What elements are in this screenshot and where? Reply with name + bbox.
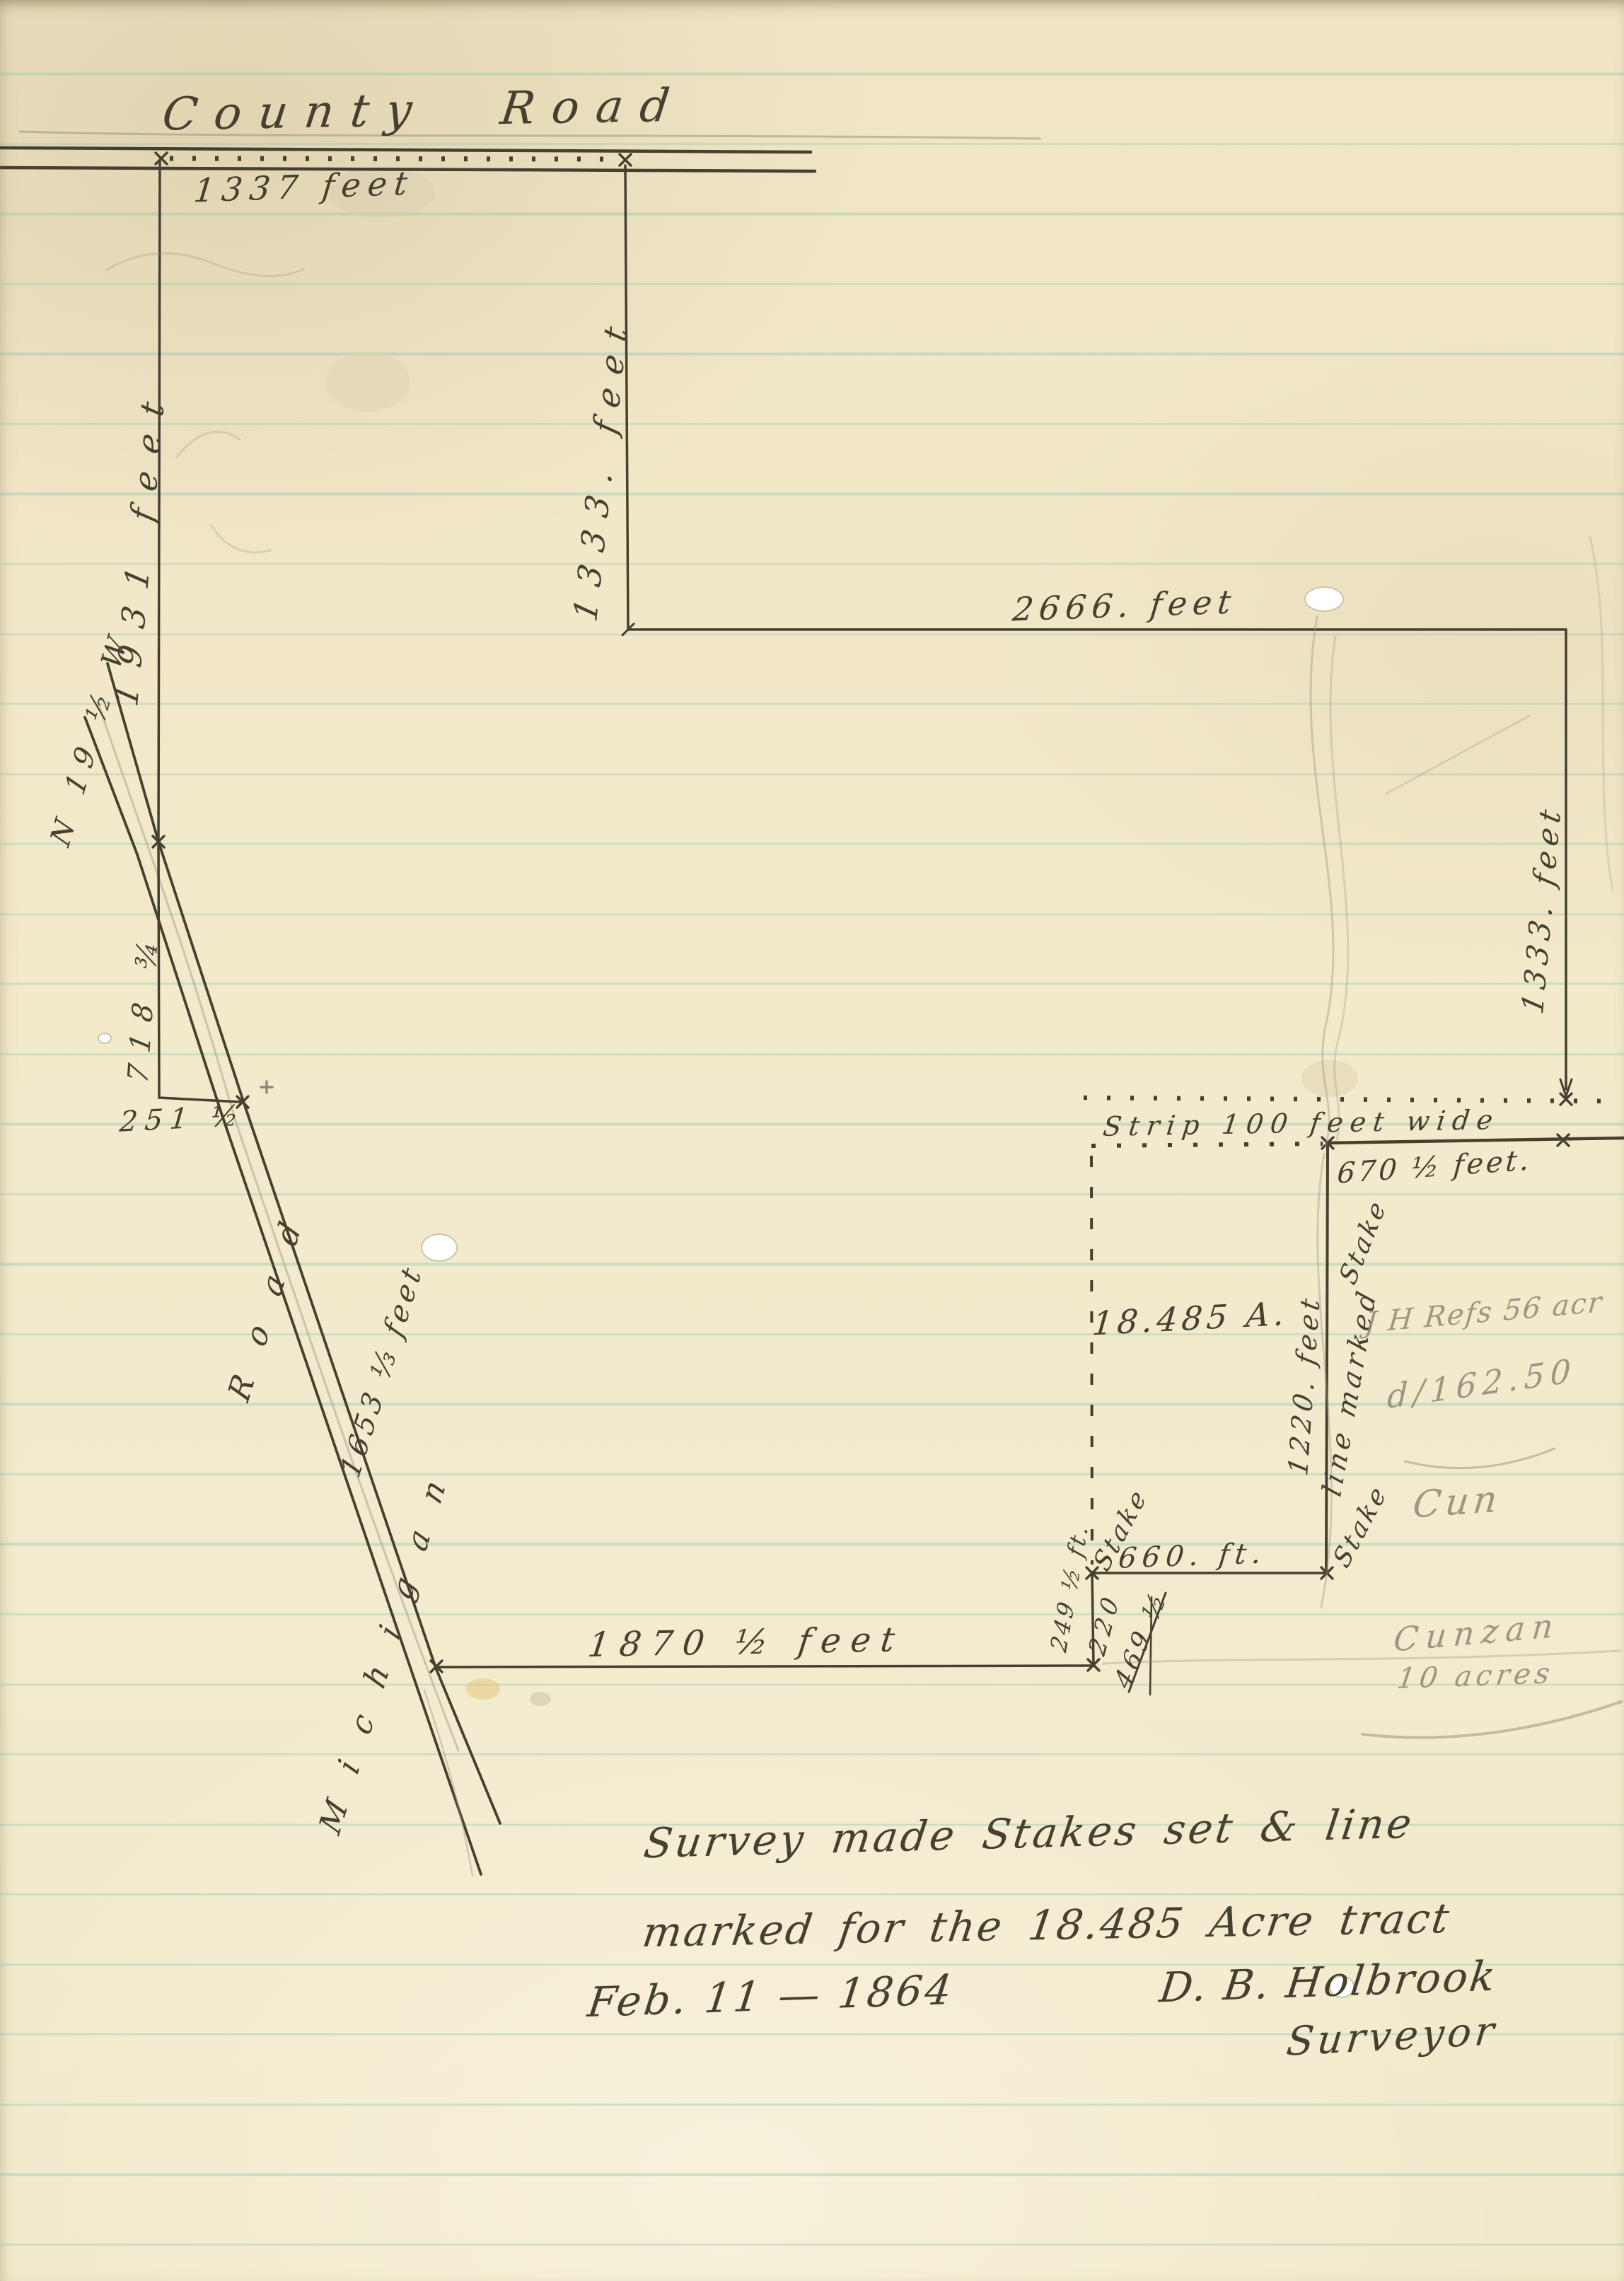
label-area: 18.485 A. [1091, 1297, 1289, 1340]
label-west-segment: 718 ¾ [124, 926, 163, 1086]
label-southwest-drop: 249 ½ ft. [1048, 1520, 1092, 1655]
caption-date: Feb. 11 — 1864 [586, 1969, 957, 2023]
label-inner-east-line: 1333. feet [569, 309, 634, 624]
label-road-length: 1653 ⅓ feet [337, 1260, 427, 1482]
note-price: d/162.50 [1387, 1354, 1577, 1413]
label-strip: Strip 100 feet wide [1101, 1106, 1501, 1140]
caption-line2: marked for the 18.485 Acre tract [640, 1898, 1454, 1953]
note-acres: 10 acres [1396, 1659, 1556, 1693]
caption-title: Surveyor [1284, 2012, 1500, 2062]
label-county-road: County Road [160, 83, 689, 137]
label-bearing: N 19 ½ W [47, 624, 134, 850]
label-tract-east-line: 1220. feet [1284, 1292, 1323, 1478]
label-road-name-upper: Road [224, 1185, 316, 1405]
note-refs: J H Refs 56 acr [1364, 1288, 1603, 1337]
label-south-line-upper: 2666. feet [1011, 585, 1239, 625]
label-top-frontage: 1337 feet [192, 166, 416, 207]
label-stake-top: Stake [1336, 1195, 1391, 1289]
caption-line1: Survey made Stakes set & line [642, 1803, 1417, 1864]
label-south-line: 1870 ½ feet [586, 1623, 907, 1662]
handwritten-labels: County Road 1337 feet 1931 feet 1333. fe… [0, 0, 1624, 2281]
label-east-line: 1333. feet [1518, 801, 1565, 1016]
survey-plat-document: County Road 1337 feet 1931 feet 1333. fe… [0, 0, 1624, 2281]
label-strip-length: 670 ½ feet. [1336, 1146, 1533, 1188]
note-cun: Cun [1411, 1480, 1503, 1523]
caption-name: D. B. Holbrook [1157, 1956, 1500, 2009]
label-tract-south-line: 660. ft. [1117, 1539, 1268, 1572]
label-figure-220: 220 [1086, 1589, 1125, 1659]
label-jog: 251 ½ [118, 1101, 246, 1137]
note-cunzan: Cunzan [1393, 1608, 1562, 1656]
label-road-name-lower: Michigan [315, 1446, 460, 1838]
